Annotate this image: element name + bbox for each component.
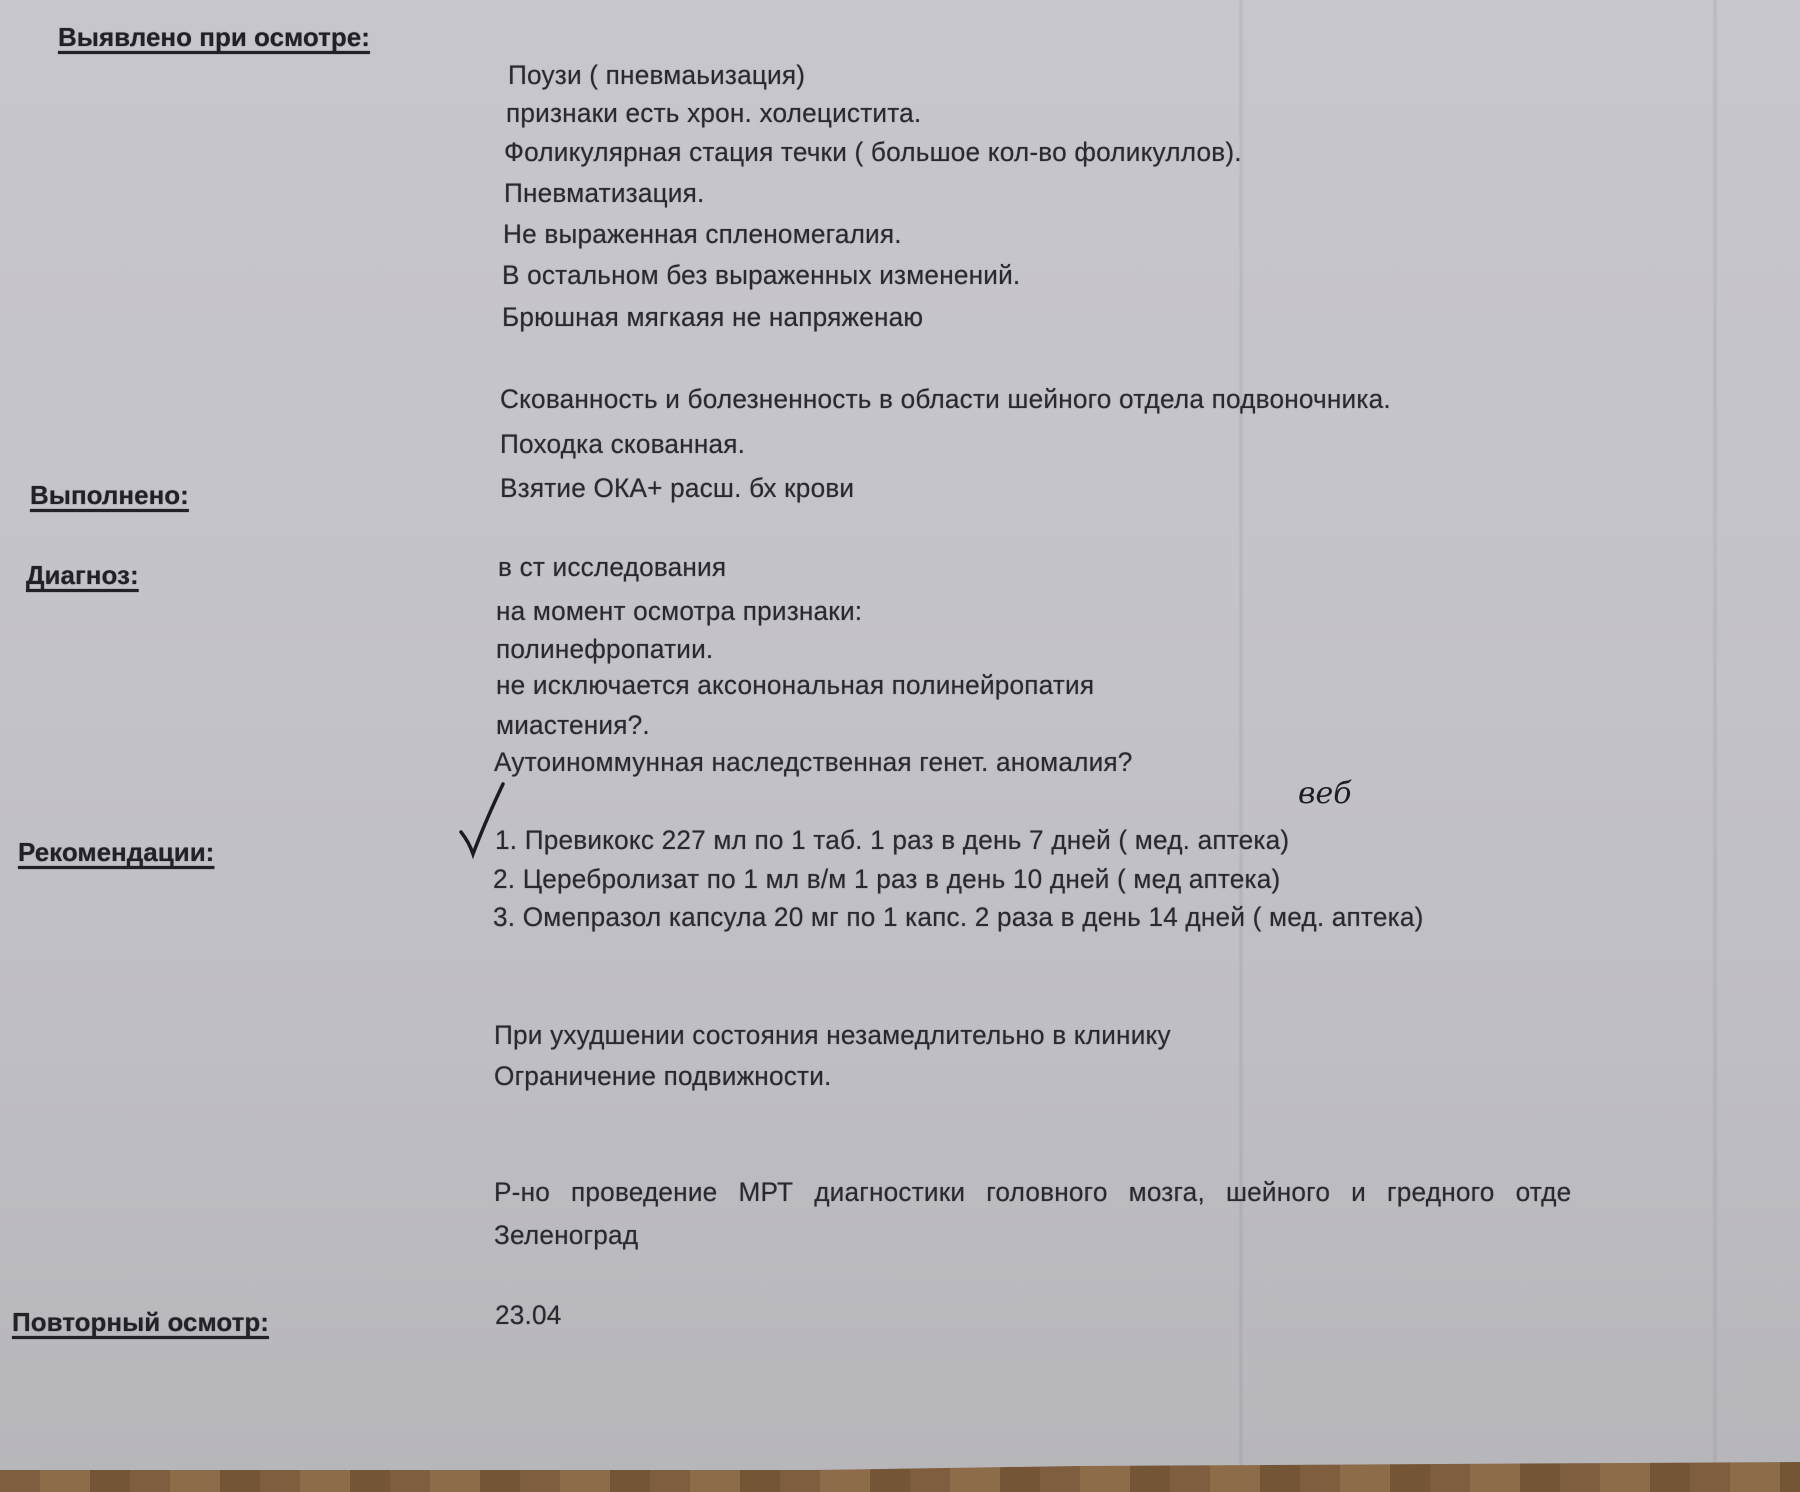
paper-fold-line	[1238, 0, 1244, 1470]
recommendation-note: При ухудшении состояния незамедлительно …	[494, 1020, 1171, 1051]
followup-date: 23.04	[495, 1300, 562, 1331]
heading-findings: Выявлено при осмотре:	[58, 22, 370, 53]
findings-line: Брюшная мягкаяя не напряженаю	[502, 302, 923, 333]
findings-line: Походка скованная.	[500, 429, 745, 460]
findings-line: Не выраженная спленомегалия.	[503, 219, 902, 250]
diagnosis-line: полинефропатии.	[496, 634, 713, 665]
paper-fold-line	[1712, 0, 1718, 1470]
diagnosis-line: миастения?.	[496, 710, 650, 741]
recommendation-item: 1. Превикокс 227 мл по 1 таб. 1 раз в де…	[495, 825, 1289, 856]
handwritten-annotation: веб	[1298, 776, 1352, 811]
recommendation-item: 3. Омепразол капсула 20 мг по 1 капс. 2 …	[493, 902, 1424, 933]
diagnosis-line: Аутоиноммунная наследственная генет. ано…	[494, 747, 1133, 778]
findings-line: Скованность и болезненность в области ше…	[500, 384, 1391, 415]
findings-line: Поузи ( пневмаьизация)	[508, 60, 805, 91]
paper-sheet: Выявлено при осмотре: Поузи ( пневмаьиза…	[0, 0, 1800, 1470]
findings-line: Фоликулярная стация течки ( большое кол-…	[504, 137, 1242, 168]
findings-line: признаки есть хрон. холецистита.	[506, 98, 921, 129]
heading-diagnosis: Диагноз:	[26, 560, 139, 591]
heading-followup: Повторный осмотр:	[12, 1307, 269, 1338]
findings-line: В остальном без выраженных изменений.	[502, 260, 1020, 291]
diagnosis-line: в ст исследования	[498, 552, 726, 583]
findings-line: Пневматизация.	[504, 178, 704, 209]
recommendation-item: 2. Церебролизат по 1 мл в/м 1 раз в день…	[493, 864, 1280, 895]
recommendation-note: Зеленоград	[494, 1220, 638, 1251]
diagnosis-line: на момент осмотра признаки:	[496, 596, 862, 627]
heading-recommendations: Рекомендации:	[18, 837, 214, 868]
recommendation-note: Р-но проведение МРТ диагностики головног…	[494, 1177, 1571, 1208]
performed-line: Взятие ОКА+ расш. бх крови	[500, 473, 854, 504]
heading-performed: Выполнено:	[30, 480, 189, 511]
diagnosis-line: не исключается аксонональная полинейропа…	[496, 670, 1094, 701]
recommendation-note: Ограничение подвижности.	[494, 1061, 831, 1092]
